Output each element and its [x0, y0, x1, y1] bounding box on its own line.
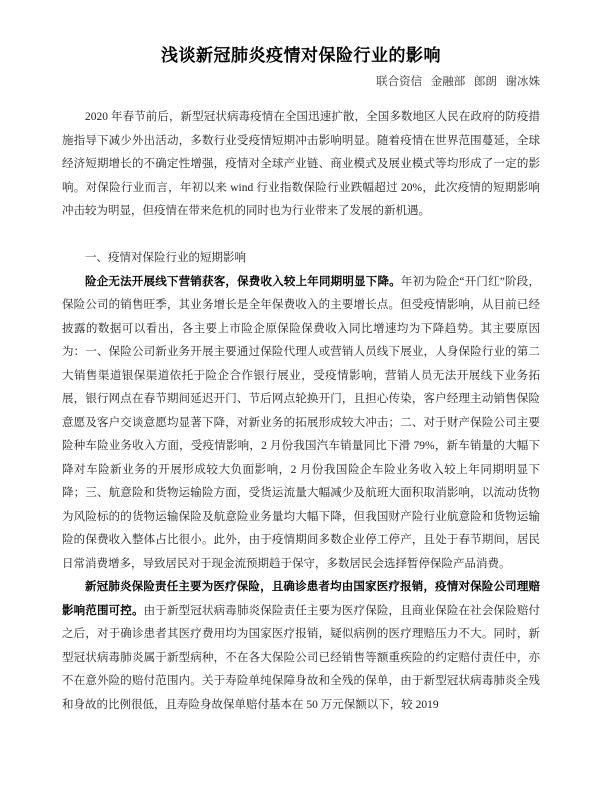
intro-paragraph: 2020 年春节前后，新型冠状病毒疫情在全国迅速扩散，全国多数地区人民在政府的防… — [62, 106, 540, 224]
byline: 联合资信 金融部 郎朗 谢冰姝 — [62, 75, 540, 89]
paragraph-claims-impact: 新冠肺炎保险责任主要为医疗保险，且确诊患者均由国家医疗报销，疫情对保险公司理赔影… — [62, 576, 540, 717]
document-title: 浅谈新冠肺炎疫情对保险行业的影响 — [62, 46, 540, 66]
paragraph-claims-impact-body: 由于新型冠状病毒肺炎保险责任主要为医疗保险，且商业保险在社会保险赔付之后，对于确… — [62, 605, 540, 711]
paragraph-premium-income-lead: 险企无法开展线下营销获客，保费收入较上年同期明显下降。 — [85, 276, 401, 288]
paragraph-premium-income-body: 年初为险企“开门红”阶段，保险公司的销售旺季，其业务增长是全年保费收入的主要增长… — [62, 276, 540, 570]
paragraph-premium-income: 险企无法开展线下营销获客，保费收入较上年同期明显下降。年初为险企“开门红”阶段，… — [62, 271, 540, 577]
section-heading: 一、疫情对保险行业的短期影响 — [62, 247, 540, 271]
document-page: 浅谈新冠肺炎疫情对保险行业的影响 联合资信 金融部 郎朗 谢冰姝 2020 年春… — [0, 0, 600, 800]
